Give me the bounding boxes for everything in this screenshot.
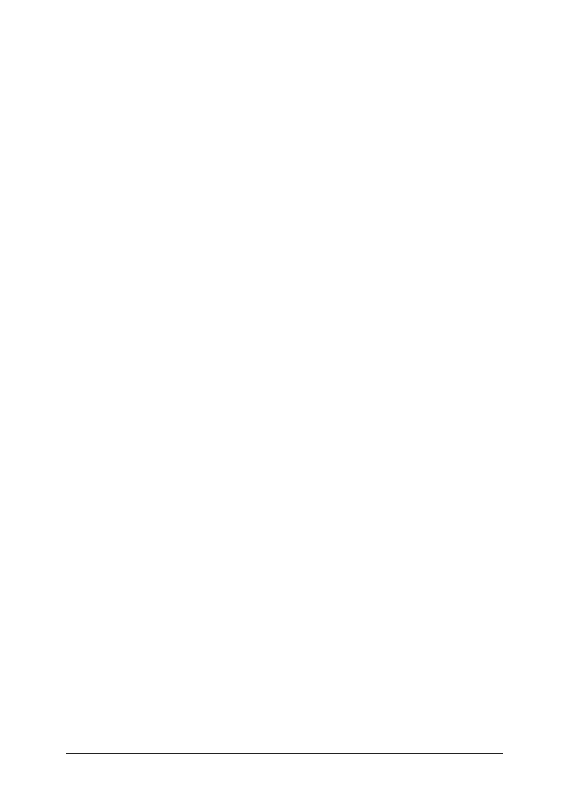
document-body	[63, 59, 505, 69]
footer-divider	[66, 753, 503, 754]
